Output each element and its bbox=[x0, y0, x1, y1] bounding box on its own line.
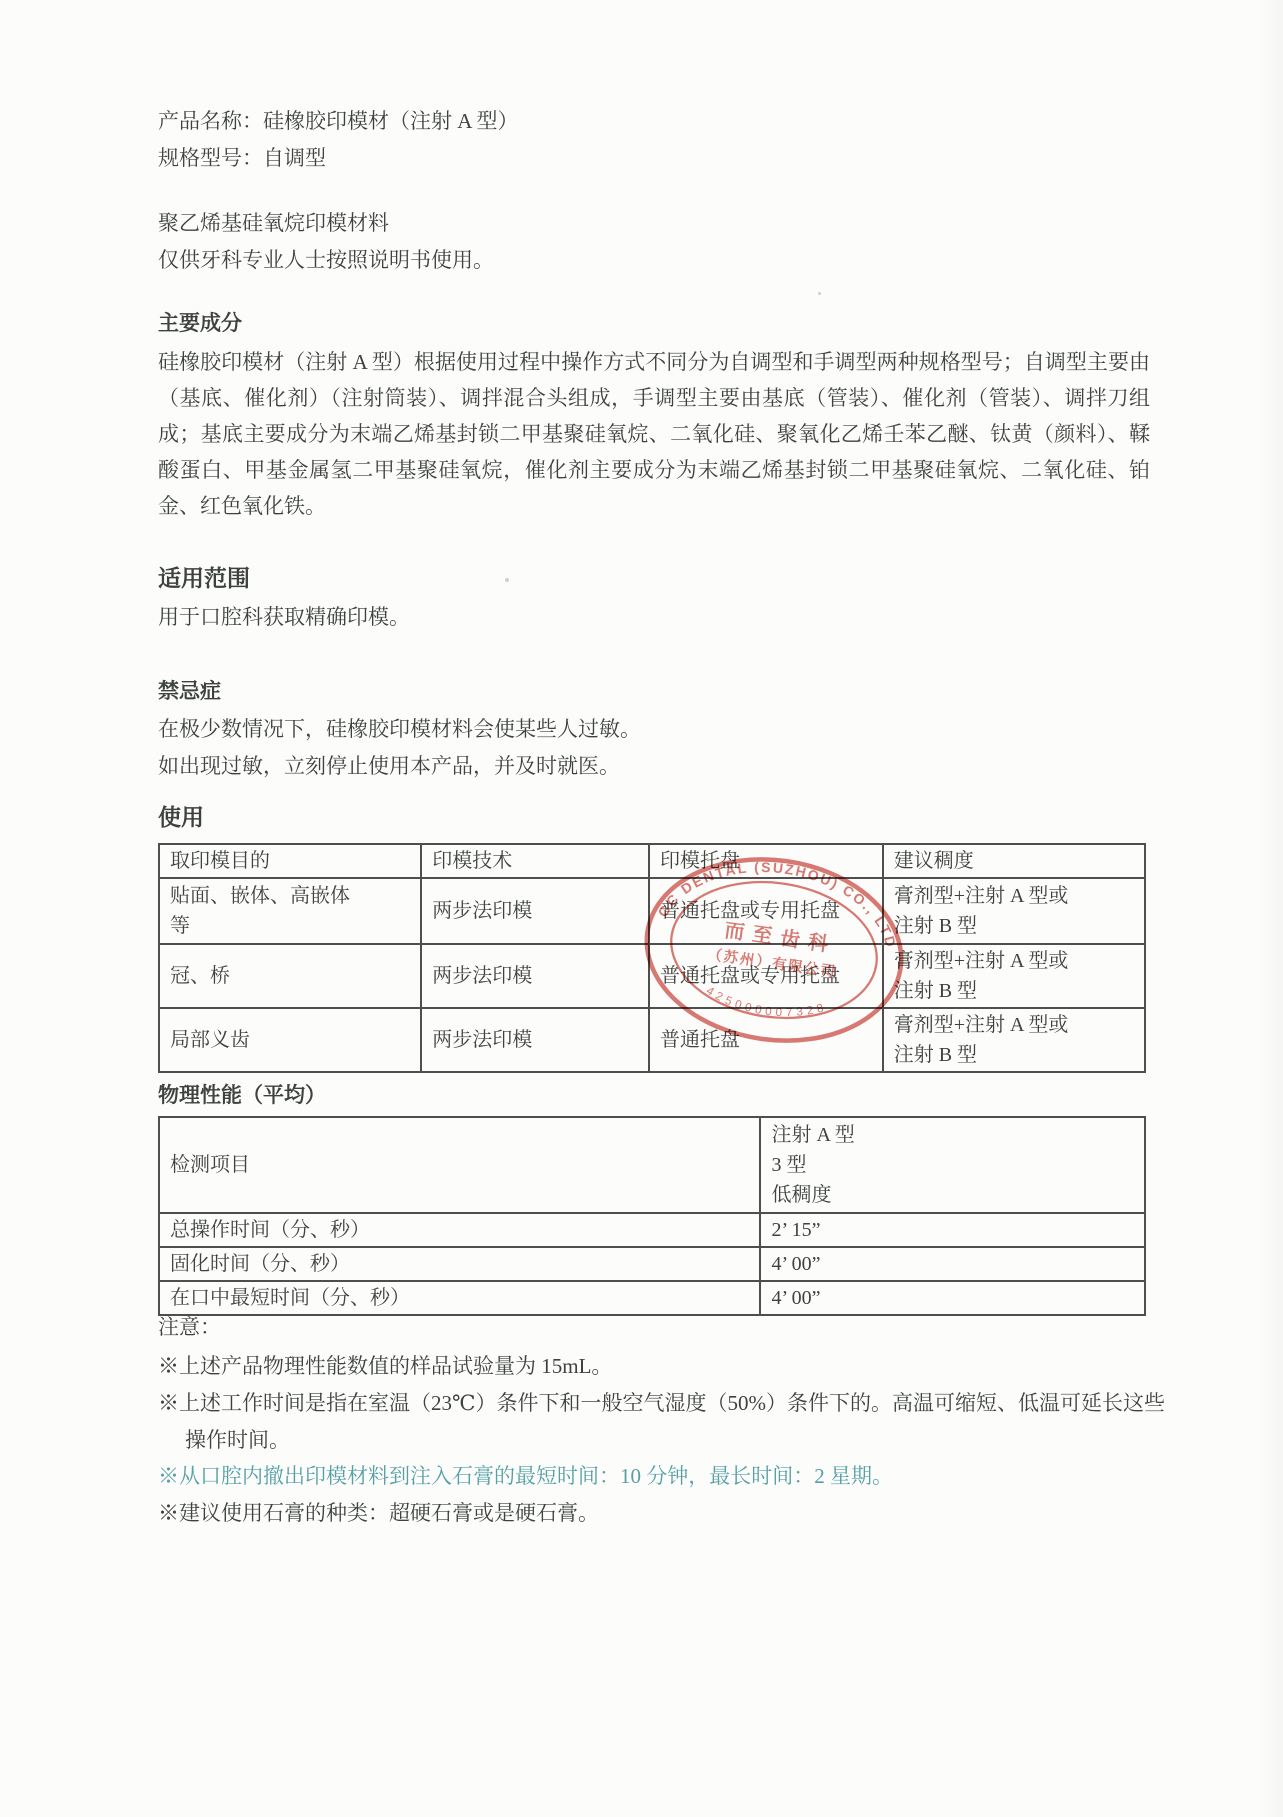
usage-cell: 两步法印模 bbox=[421, 878, 649, 944]
usage-cell: 两步法印模 bbox=[421, 1008, 649, 1072]
spec-model-line: 规格型号：自调型 bbox=[158, 145, 326, 172]
notes-label: 注意： bbox=[158, 1314, 221, 1341]
physical-heading: 物理性能（平均） bbox=[158, 1082, 326, 1109]
physical-table-row: 在口中最短时间（分、秒） 4’ 00” bbox=[159, 1281, 1145, 1315]
usage-cell: 膏剂型+注射 A 型或 注射 B 型 bbox=[883, 878, 1145, 944]
physical-header-type: 注射 A 型 3 型 低稠度 bbox=[760, 1117, 1145, 1213]
physical-header-item: 检测项目 bbox=[159, 1117, 760, 1213]
ingredients-heading: 主要成分 bbox=[158, 310, 242, 337]
usage-table-row: 局部义齿 两步法印模 普通托盘 膏剂型+注射 A 型或 注射 B 型 bbox=[159, 1008, 1145, 1072]
note-line-1: ※上述产品物理性能数值的样品试验量为 15mL。 bbox=[158, 1348, 1200, 1385]
note-line-3: ※从口腔内撤出印模材料到注入石膏的最短时间：10 分钟，最长时间：2 星期。 bbox=[158, 1458, 1200, 1495]
usage-table-row: 冠、桥 两步法印模 普通托盘或专用托盘 膏剂型+注射 A 型或 注射 B 型 bbox=[159, 944, 1145, 1008]
usage-table-row: 贴面、嵌体、高嵌体 等 两步法印模 普通托盘或专用托盘 膏剂型+注射 A 型或 … bbox=[159, 878, 1145, 944]
contraindication-line-1: 在极少数情况下，硅橡胶印模材料会使某些人过敏。 bbox=[158, 716, 641, 743]
usage-table: 取印模目的 印模技术 印模托盘 建议稠度 贴面、嵌体、高嵌体 等 两步法印模 普… bbox=[158, 843, 1146, 1073]
scope-body: 用于口腔科获取精确印模。 bbox=[158, 604, 410, 631]
physical-item: 总操作时间（分、秒） bbox=[159, 1213, 760, 1247]
physical-table-row: 固化时间（分、秒） 4’ 00” bbox=[159, 1247, 1145, 1281]
physical-value: 4’ 00” bbox=[760, 1247, 1145, 1281]
usage-header-purpose: 取印模目的 bbox=[159, 844, 421, 878]
note-line-2: ※上述工作时间是指在室温（23℃）条件下和一般空气湿度（50%）条件下的。高温可… bbox=[158, 1385, 1185, 1459]
usage-table-header-row: 取印模目的 印模技术 印模托盘 建议稠度 bbox=[159, 844, 1145, 878]
usage-cell: 冠、桥 bbox=[159, 944, 421, 1008]
physical-table: 检测项目 注射 A 型 3 型 低稠度 总操作时间（分、秒） 2’ 15” 固化… bbox=[158, 1116, 1146, 1316]
usage-cell: 局部义齿 bbox=[159, 1008, 421, 1072]
usage-cell: 两步法印模 bbox=[421, 944, 649, 1008]
usage-cell: 膏剂型+注射 A 型或 注射 B 型 bbox=[883, 944, 1145, 1008]
usage-heading: 使用 bbox=[158, 804, 204, 831]
ingredients-paragraph: 硅橡胶印模材（注射 A 型）根据使用过程中操作方式不同分为自调型和手调型两种规格… bbox=[158, 344, 1150, 524]
usage-cell: 普通托盘或专用托盘 bbox=[649, 944, 883, 1008]
usage-header-technique: 印模技术 bbox=[421, 844, 649, 878]
usage-cell: 膏剂型+注射 A 型或 注射 B 型 bbox=[883, 1008, 1145, 1072]
note-line-4: ※建议使用石膏的种类：超硬石膏或是硬石膏。 bbox=[158, 1495, 1200, 1532]
usage-header-viscosity: 建议稠度 bbox=[883, 844, 1145, 878]
physical-table-header-row: 检测项目 注射 A 型 3 型 低稠度 bbox=[159, 1117, 1145, 1213]
physical-item: 在口中最短时间（分、秒） bbox=[159, 1281, 760, 1315]
scan-speck bbox=[505, 578, 509, 582]
physical-value: 4’ 00” bbox=[760, 1281, 1145, 1315]
physical-item: 固化时间（分、秒） bbox=[159, 1247, 760, 1281]
usage-cell: 贴面、嵌体、高嵌体 等 bbox=[159, 878, 421, 944]
contraindications-heading: 禁忌症 bbox=[158, 678, 221, 705]
product-name-line: 产品名称：硅橡胶印模材（注射 A 型） bbox=[158, 108, 519, 135]
usage-cell: 普通托盘或专用托盘 bbox=[649, 878, 883, 944]
scope-heading: 适用范围 bbox=[158, 565, 250, 592]
material-type-line: 聚乙烯基硅氧烷印模材料 bbox=[158, 210, 389, 237]
contraindication-line-2: 如出现过敏，立刻停止使用本产品，并及时就医。 bbox=[158, 753, 620, 780]
usage-cell: 普通托盘 bbox=[649, 1008, 883, 1072]
scan-speck bbox=[818, 292, 821, 295]
physical-table-row: 总操作时间（分、秒） 2’ 15” bbox=[159, 1213, 1145, 1247]
usage-header-tray: 印模托盘 bbox=[649, 844, 883, 878]
physical-value: 2’ 15” bbox=[760, 1213, 1145, 1247]
scanned-document-page: { "header": { "product_name_line": "产品名称… bbox=[0, 0, 1283, 1817]
professional-use-line: 仅供牙科专业人士按照说明书使用。 bbox=[158, 247, 494, 274]
